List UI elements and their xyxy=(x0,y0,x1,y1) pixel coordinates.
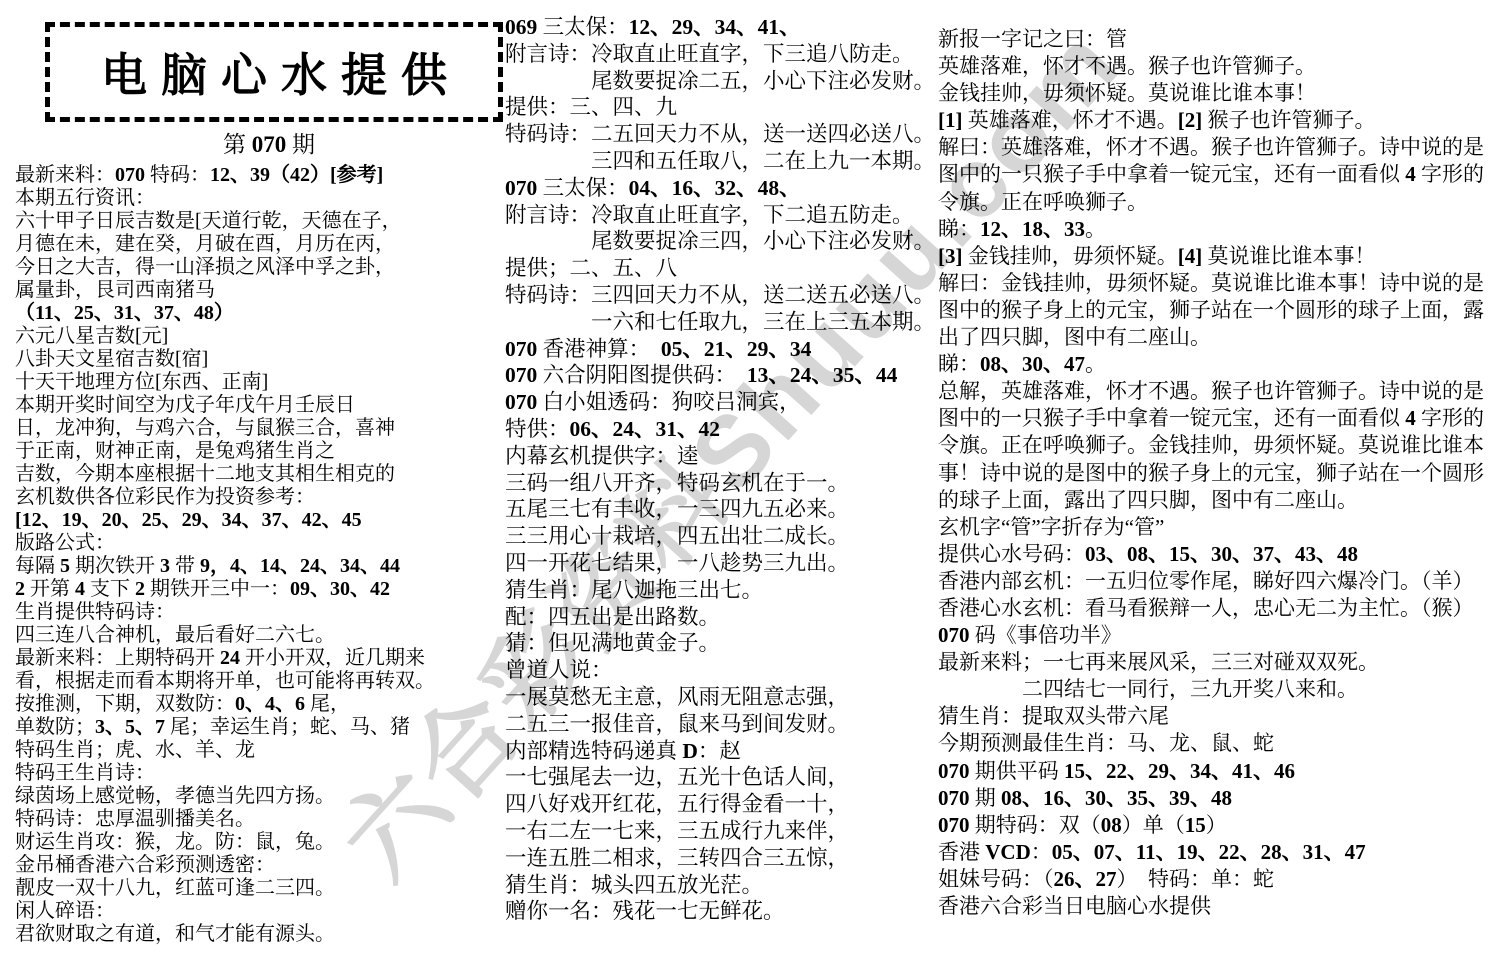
text: 按推测，下期，双数防： xyxy=(15,693,235,715)
bold-text: 070 xyxy=(505,337,543,361)
text-line: 六十甲子日辰吉数是[天道行乾，天德在子， xyxy=(15,210,503,233)
text-line: 的球子上面，露出了四只脚，图中有二座山。 xyxy=(938,487,1494,514)
text-line: （11、25、31、37、48） xyxy=(15,302,503,325)
text-line: 图中的一只猴子手中拿着一锭元宝，还有一面看似 4 字形的 xyxy=(938,405,1494,432)
text: 今日之大吉，得一山泽损之风泽中孚之卦， xyxy=(15,256,395,278)
middle-column: 069 三太保：12、29、34、41、附言诗：冷取直止旺直字，下三追八防走。尾… xyxy=(505,14,937,925)
text: 字形的 xyxy=(1421,406,1484,430)
text: 支下 xyxy=(90,578,135,600)
text: 配：四五出是出路数。 xyxy=(505,605,720,629)
text-line: 提供心水号码：03、08、15、30、37、43、48 xyxy=(938,541,1494,568)
text: ： xyxy=(1031,840,1052,864)
text: 十天干地理方位[东西、正南] xyxy=(15,371,268,393)
text-line: 070 码《事倍功半》 xyxy=(938,622,1494,649)
bold-text: 2 xyxy=(135,578,150,600)
bold-text: 4 xyxy=(1405,406,1421,430)
bold-text: 05、07、11、19、22、28、31、47 xyxy=(1052,840,1366,864)
bold-text: 070 xyxy=(505,363,543,387)
bold-text: 4 xyxy=(1405,162,1421,186)
text-line: 一七强尾去一边，五光十色话人间， xyxy=(505,764,937,791)
text: 君欲财取之有道，和气才能有源头。 xyxy=(15,923,335,945)
text: 版路公式： xyxy=(15,532,115,554)
text-line: 生肖提供特码诗： xyxy=(15,601,503,624)
text: 特码生肖；虎、水、羊、龙 xyxy=(15,739,255,761)
text-line: 最新来料：070 特码：12、39（42）[参考] xyxy=(15,164,503,187)
text: 二五三一报佳音，鼠来马到间发财。 xyxy=(505,712,849,736)
text: 最新来料；一七再来展风采，三三对碰双双死。 xyxy=(938,650,1379,674)
bold-text: 070 xyxy=(115,164,150,186)
text-line: 姐妹号码：（26、27） 特码：单：蛇 xyxy=(938,866,1494,893)
text-line: 玄机字“管”字折存为“管” xyxy=(938,514,1494,541)
bold-text: 06、24、31、42 xyxy=(570,417,721,441)
text-line: 香港心水玄机：看马看猴辩一人，忠心无二为主忙。（猴） xyxy=(938,595,1494,622)
text: 看，根据走而看本期将开单，也可能将再转双。 xyxy=(15,670,435,692)
bold-text: 4 xyxy=(75,578,90,600)
text-line: 睇：12、18、33。 xyxy=(938,216,1494,243)
text-line: 看，根据走而看本期将开单，也可能将再转双。 xyxy=(15,670,503,693)
text-line: 于正南，财神正南，是兔鸡猪生肖之 xyxy=(15,440,503,463)
text-line: 特码诗：忠厚温驯播美名。 xyxy=(15,808,503,831)
text: 今期预测最佳生肖：马、龙、鼠、蛇 xyxy=(938,731,1274,755)
text-line: 金吊桶香港六合彩预测透密： xyxy=(15,854,503,877)
text: 香港内部玄机：一五归位零作尾，睇好四六爆冷门。（羊） xyxy=(938,569,1474,593)
text-line: 070 期供平码 15、22、29、34、41、46 xyxy=(938,758,1494,785)
text-line: 吉数，今期本座根据十二地支其相生相克的 xyxy=(15,463,503,486)
text: 猜：但见满地黄金子。 xyxy=(505,631,720,655)
text: 期供平码 xyxy=(975,759,1064,783)
text-line: 解曰：英雄落难，怀才不遇。猴子也许管狮子。诗中说的是 xyxy=(938,134,1494,161)
bold-text: 070 xyxy=(938,813,975,837)
text-line: 最新来料；一七再来展风采，三三对碰双双死。 xyxy=(938,649,1494,676)
text-line: 财运生肖攻：猴，龙。防：鼠，兔。 xyxy=(15,831,503,854)
bold-text: 24 xyxy=(220,647,245,669)
text: 四八好戏开红花，五行得金看一十， xyxy=(505,792,849,816)
text: 一连五胜二相求，三转四合三五惊， xyxy=(505,846,849,870)
text: 特码诗：三四回天力不从，送二送五必送八。 xyxy=(505,283,935,307)
text-line: 内部精选特码递真 D：赵 xyxy=(505,738,937,765)
text: 英雄落难，怀才不遇。 xyxy=(968,108,1178,132)
text-line: 四三连八合神机，最后看好二六七。 xyxy=(15,624,503,647)
text: 出了四只脚，图中有二座山。 xyxy=(938,325,1211,349)
text: 一七强尾去一边，五光十色话人间， xyxy=(505,765,849,789)
text: 四一开花七结果，一八趁势三九出。 xyxy=(505,551,849,575)
text: 玄机字“管”字折存为“管” xyxy=(938,515,1164,539)
bold-text: [3] xyxy=(938,244,968,268)
text: 四三连八合神机，最后看好二六七。 xyxy=(15,624,335,646)
text: 一展莫愁无主意，风雨无阻意志强， xyxy=(505,685,849,709)
text: 吉数，今期本座根据十二地支其相生相克的 xyxy=(15,463,395,485)
text: 特码诗：忠厚温驯播美名。 xyxy=(15,808,255,830)
text: 总解，英雄落难，怀才不遇。猴子也许管狮子。诗中说的是 xyxy=(938,379,1484,403)
text: 提供：三、四、九 xyxy=(505,95,677,119)
text-line: 香港内部玄机：一五归位零作尾，睇好四六爆冷门。（羊） xyxy=(938,568,1494,595)
bold-text: 15、22、29、34、41、46 xyxy=(1064,759,1295,783)
text-line: [12、19、20、25、29、34、37、42、45 xyxy=(15,509,503,532)
text: 解曰：金钱挂帅，毋须怀疑。莫说谁比谁本事！诗中说的是 xyxy=(938,271,1484,295)
text: 特供： xyxy=(505,417,570,441)
bold-text: 12、39（42）[参考] xyxy=(210,164,383,186)
bold-text: [2] xyxy=(1178,108,1208,132)
bold-text: 12、29、34、41、 xyxy=(629,15,801,39)
text: 生肖提供特码诗： xyxy=(15,601,175,623)
text: 三四和五任取八，二在上九一本期。 xyxy=(591,149,935,173)
text: 三码一组八开齐，特码玄机在于一。 xyxy=(505,471,849,495)
bold-text: 15 xyxy=(1185,813,1206,837)
text: 事！诗中说的是图中的猴子身上的元宝，狮子站在一个圆形 xyxy=(938,461,1484,485)
bold-text: 070 xyxy=(938,759,975,783)
text-line: 提供；二、五、八 xyxy=(505,255,937,282)
text-line: 一右二左一七来，三五成行九来伴， xyxy=(505,818,937,845)
bold-text: 070 xyxy=(252,132,287,157)
text-line: 本期开奖时间空为戊子年戊午月壬辰日 xyxy=(15,394,503,417)
text: 带 xyxy=(175,555,200,577)
text-line: 事！诗中说的是图中的猴子身上的元宝，狮子站在一个圆形 xyxy=(938,460,1494,487)
bold-text: 070 xyxy=(505,176,543,200)
text: ） xyxy=(1206,813,1227,837)
text: 期特码：双（ xyxy=(975,813,1101,837)
bold-text: 09、30、42 xyxy=(290,578,390,600)
text-line: 赠你一名：残花一七无鲜花。 xyxy=(505,898,937,925)
text-line: [1] 英雄落难，怀才不遇。[2] 猴子也许管狮子。 xyxy=(938,107,1494,134)
text-line: 靓皮一双十八九，红蓝可逢二三四。 xyxy=(15,877,503,900)
text: 码《事倍功半》 xyxy=(975,623,1122,647)
text: 六元八星吉数[元] xyxy=(15,325,168,347)
text: 三三用心十栽培，四五出壮二成长。 xyxy=(505,524,849,548)
bold-text: 069 xyxy=(505,15,543,39)
text: 新报一字记之曰：管 xyxy=(938,27,1127,51)
text: 图中的一只猴子手中拿着一锭元宝，还有一面看似 xyxy=(938,162,1405,186)
text-line: 君欲财取之有道，和气才能有源头。 xyxy=(15,923,503,946)
text-line: 一展莫愁无主意，风雨无阻意志强， xyxy=(505,684,937,711)
text: 令旗。正在呼唤狮子。金钱挂帅，毋须怀疑。莫说谁比谁本 xyxy=(938,433,1484,457)
bold-text: 05、21、29、34 xyxy=(661,337,812,361)
text: 尾， xyxy=(310,693,350,715)
text: 姐妹号码：（ xyxy=(938,867,1054,891)
text-line: 五尾三七有丰收，一三四九五必来。 xyxy=(505,496,937,523)
text: 金钱挂帅，毋须怀疑。莫说谁比谁本事！ xyxy=(938,81,1316,105)
text-line: 特码诗：三四回天力不从，送二送五必送八。 xyxy=(505,282,937,309)
bold-text: 070 xyxy=(938,786,975,810)
text-line: 最新来料：上期特码开 24 开小开双，近几期来 xyxy=(15,647,503,670)
text: 属量卦，艮司西南猪马 xyxy=(15,279,215,301)
text-line: 版路公式： xyxy=(15,532,503,555)
text: 附言诗：冷取直止旺直字，下二追五防走。 xyxy=(505,203,914,227)
bold-text: 08、30、47 xyxy=(980,352,1085,376)
text-line: 香港六合彩当日电脑心水提供 xyxy=(938,893,1494,920)
text-line: 绿茵场上感觉畅，孝德当先四方扬。 xyxy=(15,785,503,808)
bold-text: 12、18、33 xyxy=(980,217,1085,241)
text: 香港 xyxy=(938,840,985,864)
page-root: 六合彩资料Shuuu.com 电脑心水提供 第 070 期 最新来料：070 特… xyxy=(0,0,1500,960)
text-line: 猜生肖：尾八迦拖三出七。 xyxy=(505,577,937,604)
text-line: 按推测，下期，双数防：0、4、6 尾， xyxy=(15,693,503,716)
text-line: 附言诗：冷取直止旺直字，下三追八防走。 xyxy=(505,41,937,68)
text-line: 三码一组八开齐，特码玄机在于一。 xyxy=(505,470,937,497)
bold-text: 5 xyxy=(60,555,75,577)
bold-text: 03、08、15、30、37、43、48 xyxy=(1085,542,1358,566)
text-line: 二五三一报佳音，鼠来马到间发财。 xyxy=(505,711,937,738)
bold-text: （11、25、31、37、48） xyxy=(15,302,234,324)
right-column: 新报一字记之曰：管英雄落难，怀才不遇。猴子也许管狮子。金钱挂帅，毋须怀疑。莫说谁… xyxy=(938,26,1494,920)
text: 特码： xyxy=(150,164,210,186)
text-line: 香港 VCD：05、07、11、19、22、28、31、47 xyxy=(938,839,1494,866)
text: 图中的猴子身上的元宝，狮子站在一个圆形的球子上面，露 xyxy=(938,298,1484,322)
text-line: 日，龙冲狗，与鸡六合，与鼠猴三合，喜神 xyxy=(15,417,503,440)
bold-text: 04、16、32、48、 xyxy=(629,176,801,200)
text: 财运生肖攻：猴，龙。防：鼠，兔。 xyxy=(15,831,335,853)
text: 六十甲子日辰吉数是[天道行乾，天德在子， xyxy=(15,210,402,232)
title-box: 电脑心水提供 xyxy=(45,22,503,122)
text: 尾数要捉凃三四，小心下注必发财。 xyxy=(591,229,935,253)
text-line: 新报一字记之曰：管 xyxy=(938,26,1494,53)
text-line: 月德在未，建在癸，月破在酉，月历在丙， xyxy=(15,233,503,256)
text: 字形的 xyxy=(1421,162,1484,186)
text: 特码王生肖诗： xyxy=(15,762,155,784)
text: 期次铁开 xyxy=(75,555,160,577)
bold-text: 3 xyxy=(160,555,175,577)
text: 莫说谁比谁本事！ xyxy=(1208,244,1376,268)
text: 。 xyxy=(1085,352,1106,376)
text: 特码诗：二五回天力不从，送一送四必送八。 xyxy=(505,122,935,146)
text-line: 令旗。正在呼唤狮子。金钱挂帅，毋须怀疑。莫说谁比谁本 xyxy=(938,432,1494,459)
text-line: 尾数要捉凃二五，小心下注必发财。 xyxy=(505,68,937,95)
text: 三太保： xyxy=(543,176,629,200)
text-line: 070 香港神算： 05、21、29、34 xyxy=(505,336,937,363)
text: 香港心水玄机：看马看猴辩一人，忠心无二为主忙。（猴） xyxy=(938,596,1474,620)
text: 猜生肖：尾八迦拖三出七。 xyxy=(505,578,763,602)
text-line: 特码诗：二五回天力不从，送一送四必送八。 xyxy=(505,121,937,148)
text-line: 提供：三、四、九 xyxy=(505,94,937,121)
left-column: 电脑心水提供 第 070 期 最新来料：070 特码：12、39（42）[参考]… xyxy=(15,18,503,946)
text: ） 特码：单：蛇 xyxy=(1117,867,1275,891)
text-line: 今日之大吉，得一山泽损之风泽中孚之卦， xyxy=(15,256,503,279)
bold-text: 9，4、14、24、34、44 xyxy=(200,555,400,577)
text: 英雄落难，怀才不遇。猴子也许管狮子。 xyxy=(938,54,1316,78)
text: 白小姐透码：狗咬吕洞宾， xyxy=(543,390,801,414)
text-line: 一连五胜二相求，三转四合三五惊， xyxy=(505,845,937,872)
text-line: 四八好戏开红花，五行得金看一十， xyxy=(505,791,937,818)
text-line: 八卦天文星宿吉数[宿] xyxy=(15,348,503,371)
bold-text: 26、27 xyxy=(1054,867,1117,891)
text-line: 四一开花七结果，一八趁势三九出。 xyxy=(505,550,937,577)
bold-text: 0、4、6 xyxy=(235,693,310,715)
text: 内部精选特码递真 xyxy=(505,739,682,763)
text: 曾道人说： xyxy=(505,658,613,682)
text: 一右二左一七来，三五成行九来伴， xyxy=(505,819,849,843)
text-line: [3] 金钱挂帅，毋须怀疑。[4] 莫说谁比谁本事！ xyxy=(938,243,1494,270)
text: 猜生肖：城头四五放光茫。 xyxy=(505,873,763,897)
text: 期铁开三中一： xyxy=(150,578,290,600)
bold-text: D xyxy=(682,739,698,763)
bold-text: [4] xyxy=(1178,244,1208,268)
page-title: 电脑心水提供 xyxy=(101,50,461,101)
text: 睇： xyxy=(938,352,980,376)
text: 猜生肖：提取双头带六尾 xyxy=(938,704,1169,728)
text: 提供；二、五、八 xyxy=(505,256,677,280)
text-line: 070 白小姐透码：狗咬吕洞宾， xyxy=(505,389,937,416)
text-line: 070 期 08、16、30、35、39、48 xyxy=(938,785,1494,812)
text-line: 内幕玄机提供字：逵 xyxy=(505,443,937,470)
text-line: 令旗。正在呼唤狮子。 xyxy=(938,189,1494,216)
text-line: 今期预测最佳生肖：马、龙、鼠、蛇 xyxy=(938,730,1494,757)
text: 六合阴阳图提供码： xyxy=(543,363,747,387)
text-line: 特码王生肖诗： xyxy=(15,762,503,785)
text: 月德在未，建在癸，月破在酉，月历在丙， xyxy=(15,233,395,255)
text-line: 每隔 5 期次铁开 3 带 9，4、14、24、34、44 xyxy=(15,555,503,578)
text: 令旗。正在呼唤狮子。 xyxy=(938,190,1148,214)
text: 期 xyxy=(975,786,1001,810)
text-line: 玄机数供各位彩民作为投资参考： xyxy=(15,486,503,509)
text: ）单（ xyxy=(1122,813,1185,837)
text: 期 xyxy=(286,132,315,157)
text: 本期开奖时间空为戊子年戊午月壬辰日 xyxy=(15,394,355,416)
text: 二四结七一同行，三九开奖八来和。 xyxy=(1022,677,1358,701)
text-line: 二四结七一同行，三九开奖八来和。 xyxy=(938,676,1494,703)
text: 图中的一只猴子手中拿着一锭元宝，还有一面看似 xyxy=(938,406,1405,430)
text: 内幕玄机提供字：逵 xyxy=(505,444,699,468)
text-line: 属量卦，艮司西南猪马 xyxy=(15,279,503,302)
text-line: 三四和五任取八，二在上九一本期。 xyxy=(505,148,937,175)
text-line: 070 三太保：04、16、32、48、 xyxy=(505,175,937,202)
bold-text: VCD xyxy=(985,840,1031,864)
text-line: 金钱挂帅，毋须怀疑。莫说谁比谁本事！ xyxy=(938,80,1494,107)
left-column-lines: 最新来料：070 特码：12、39（42）[参考]本期五行资讯：六十甲子日辰吉数… xyxy=(15,164,503,946)
bold-text: 08、16、30、35、39、48 xyxy=(1001,786,1232,810)
bold-text: 3、5、7 xyxy=(95,716,170,738)
text: 本期五行资讯： xyxy=(15,187,155,209)
text: 每隔 xyxy=(15,555,60,577)
issue-line: 第 070 期 xyxy=(45,132,493,158)
text: 尾数要捉凃二五，小心下注必发财。 xyxy=(591,69,935,93)
text: 三太保： xyxy=(543,15,629,39)
text-line: 曾道人说： xyxy=(505,657,937,684)
text-line: 配：四五出是出路数。 xyxy=(505,604,937,631)
text: 于正南，财神正南，是兔鸡猪生肖之 xyxy=(15,440,335,462)
text: 金钱挂帅，毋须怀疑。 xyxy=(968,244,1178,268)
text: 香港六合彩当日电脑心水提供 xyxy=(938,894,1211,918)
text: 赠你一名：残花一七无鲜花。 xyxy=(505,899,785,923)
text: 最新来料： xyxy=(15,164,115,186)
text: 开小开双，近几期来 xyxy=(245,647,425,669)
text-line: 特供：06、24、31、42 xyxy=(505,416,937,443)
text-line: 猜生肖：城头四五放光茫。 xyxy=(505,872,937,899)
text: ：赵 xyxy=(698,739,741,763)
text-line: 特码生肖；虎、水、羊、龙 xyxy=(15,739,503,762)
text: 最新来料：上期特码开 xyxy=(15,647,220,669)
text: 的球子上面，露出了四只脚，图中有二座山。 xyxy=(938,488,1358,512)
text-line: 解曰：金钱挂帅，毋须怀疑。莫说谁比谁本事！诗中说的是 xyxy=(938,270,1494,297)
text-line: 猜：但见满地黄金子。 xyxy=(505,630,937,657)
text-line: 猜生肖：提取双头带六尾 xyxy=(938,703,1494,730)
text-line: 070 六合阴阳图提供码： 13、24、35、44 xyxy=(505,362,937,389)
text-line: 英雄落难，怀才不遇。猴子也许管狮子。 xyxy=(938,53,1494,80)
bold-text: [12、19、20、25、29、34、37、42、45 xyxy=(15,509,362,531)
text: 附言诗：冷取直止旺直字，下三追八防走。 xyxy=(505,42,914,66)
bold-text: 13、24、35、44 xyxy=(747,363,898,387)
text-line: 图中的猴子身上的元宝，狮子站在一个圆形的球子上面，露 xyxy=(938,297,1494,324)
text-line: 070 期特码：双（08）单（15） xyxy=(938,812,1494,839)
text-line: 睇：08、30、47。 xyxy=(938,351,1494,378)
text: 日，龙冲狗，与鸡六合，与鼠猴三合，喜神 xyxy=(15,417,395,439)
text-line: 图中的一只猴子手中拿着一锭元宝，还有一面看似 4 字形的 xyxy=(938,161,1494,188)
text: 玄机数供各位彩民作为投资参考： xyxy=(15,486,315,508)
text: 尾；幸运生肖；蛇、马、猪 xyxy=(170,716,410,738)
text: 提供心水号码： xyxy=(938,542,1085,566)
text: 解曰：英雄落难，怀才不遇。猴子也许管狮子。诗中说的是 xyxy=(938,135,1484,159)
text-line: 出了四只脚，图中有二座山。 xyxy=(938,324,1494,351)
text: 单数防； xyxy=(15,716,95,738)
text-line: 尾数要捉凃三四，小心下注必发财。 xyxy=(505,228,937,255)
text: 八卦天文星宿吉数[宿] xyxy=(15,348,208,370)
text-line: 2 开第 4 支下 2 期铁开三中一：09、30、42 xyxy=(15,578,503,601)
text-line: 三三用心十栽培，四五出壮二成长。 xyxy=(505,523,937,550)
text: 。 xyxy=(1085,217,1106,241)
text: 绿茵场上感觉畅，孝德当先四方扬。 xyxy=(15,785,335,807)
text-line: 闲人碎语： xyxy=(15,900,503,923)
bold-text: 070 xyxy=(938,623,975,647)
text: 闲人碎语： xyxy=(15,900,115,922)
text: 香港神算： xyxy=(543,337,661,361)
text-line: 十天干地理方位[东西、正南] xyxy=(15,371,503,394)
text-line: 六元八星吉数[元] xyxy=(15,325,503,348)
bold-text: 2 xyxy=(15,578,30,600)
bold-text: 08 xyxy=(1101,813,1122,837)
text: 睇： xyxy=(938,217,980,241)
text: 靓皮一双十八九，红蓝可逢二三四。 xyxy=(15,877,335,899)
text-line: 单数防；3、5、7 尾；幸运生肖；蛇、马、猪 xyxy=(15,716,503,739)
text-line: 本期五行资讯： xyxy=(15,187,503,210)
bold-text: [1] xyxy=(938,108,968,132)
text-line: 总解，英雄落难，怀才不遇。猴子也许管狮子。诗中说的是 xyxy=(938,378,1494,405)
text-line: 附言诗：冷取直止旺直字，下二追五防走。 xyxy=(505,202,937,229)
text-line: 069 三太保：12、29、34、41、 xyxy=(505,14,937,41)
text: 开第 xyxy=(30,578,75,600)
text: 第 xyxy=(223,132,252,157)
text: 一六和七任取九，三在上三五本期。 xyxy=(591,310,935,334)
text: 五尾三七有丰收，一三四九五必来。 xyxy=(505,497,849,521)
text: 金吊桶香港六合彩预测透密： xyxy=(15,854,275,876)
text: 猴子也许管狮子。 xyxy=(1208,108,1376,132)
text-line: 一六和七任取九，三在上三五本期。 xyxy=(505,309,937,336)
bold-text: 070 xyxy=(505,390,543,414)
